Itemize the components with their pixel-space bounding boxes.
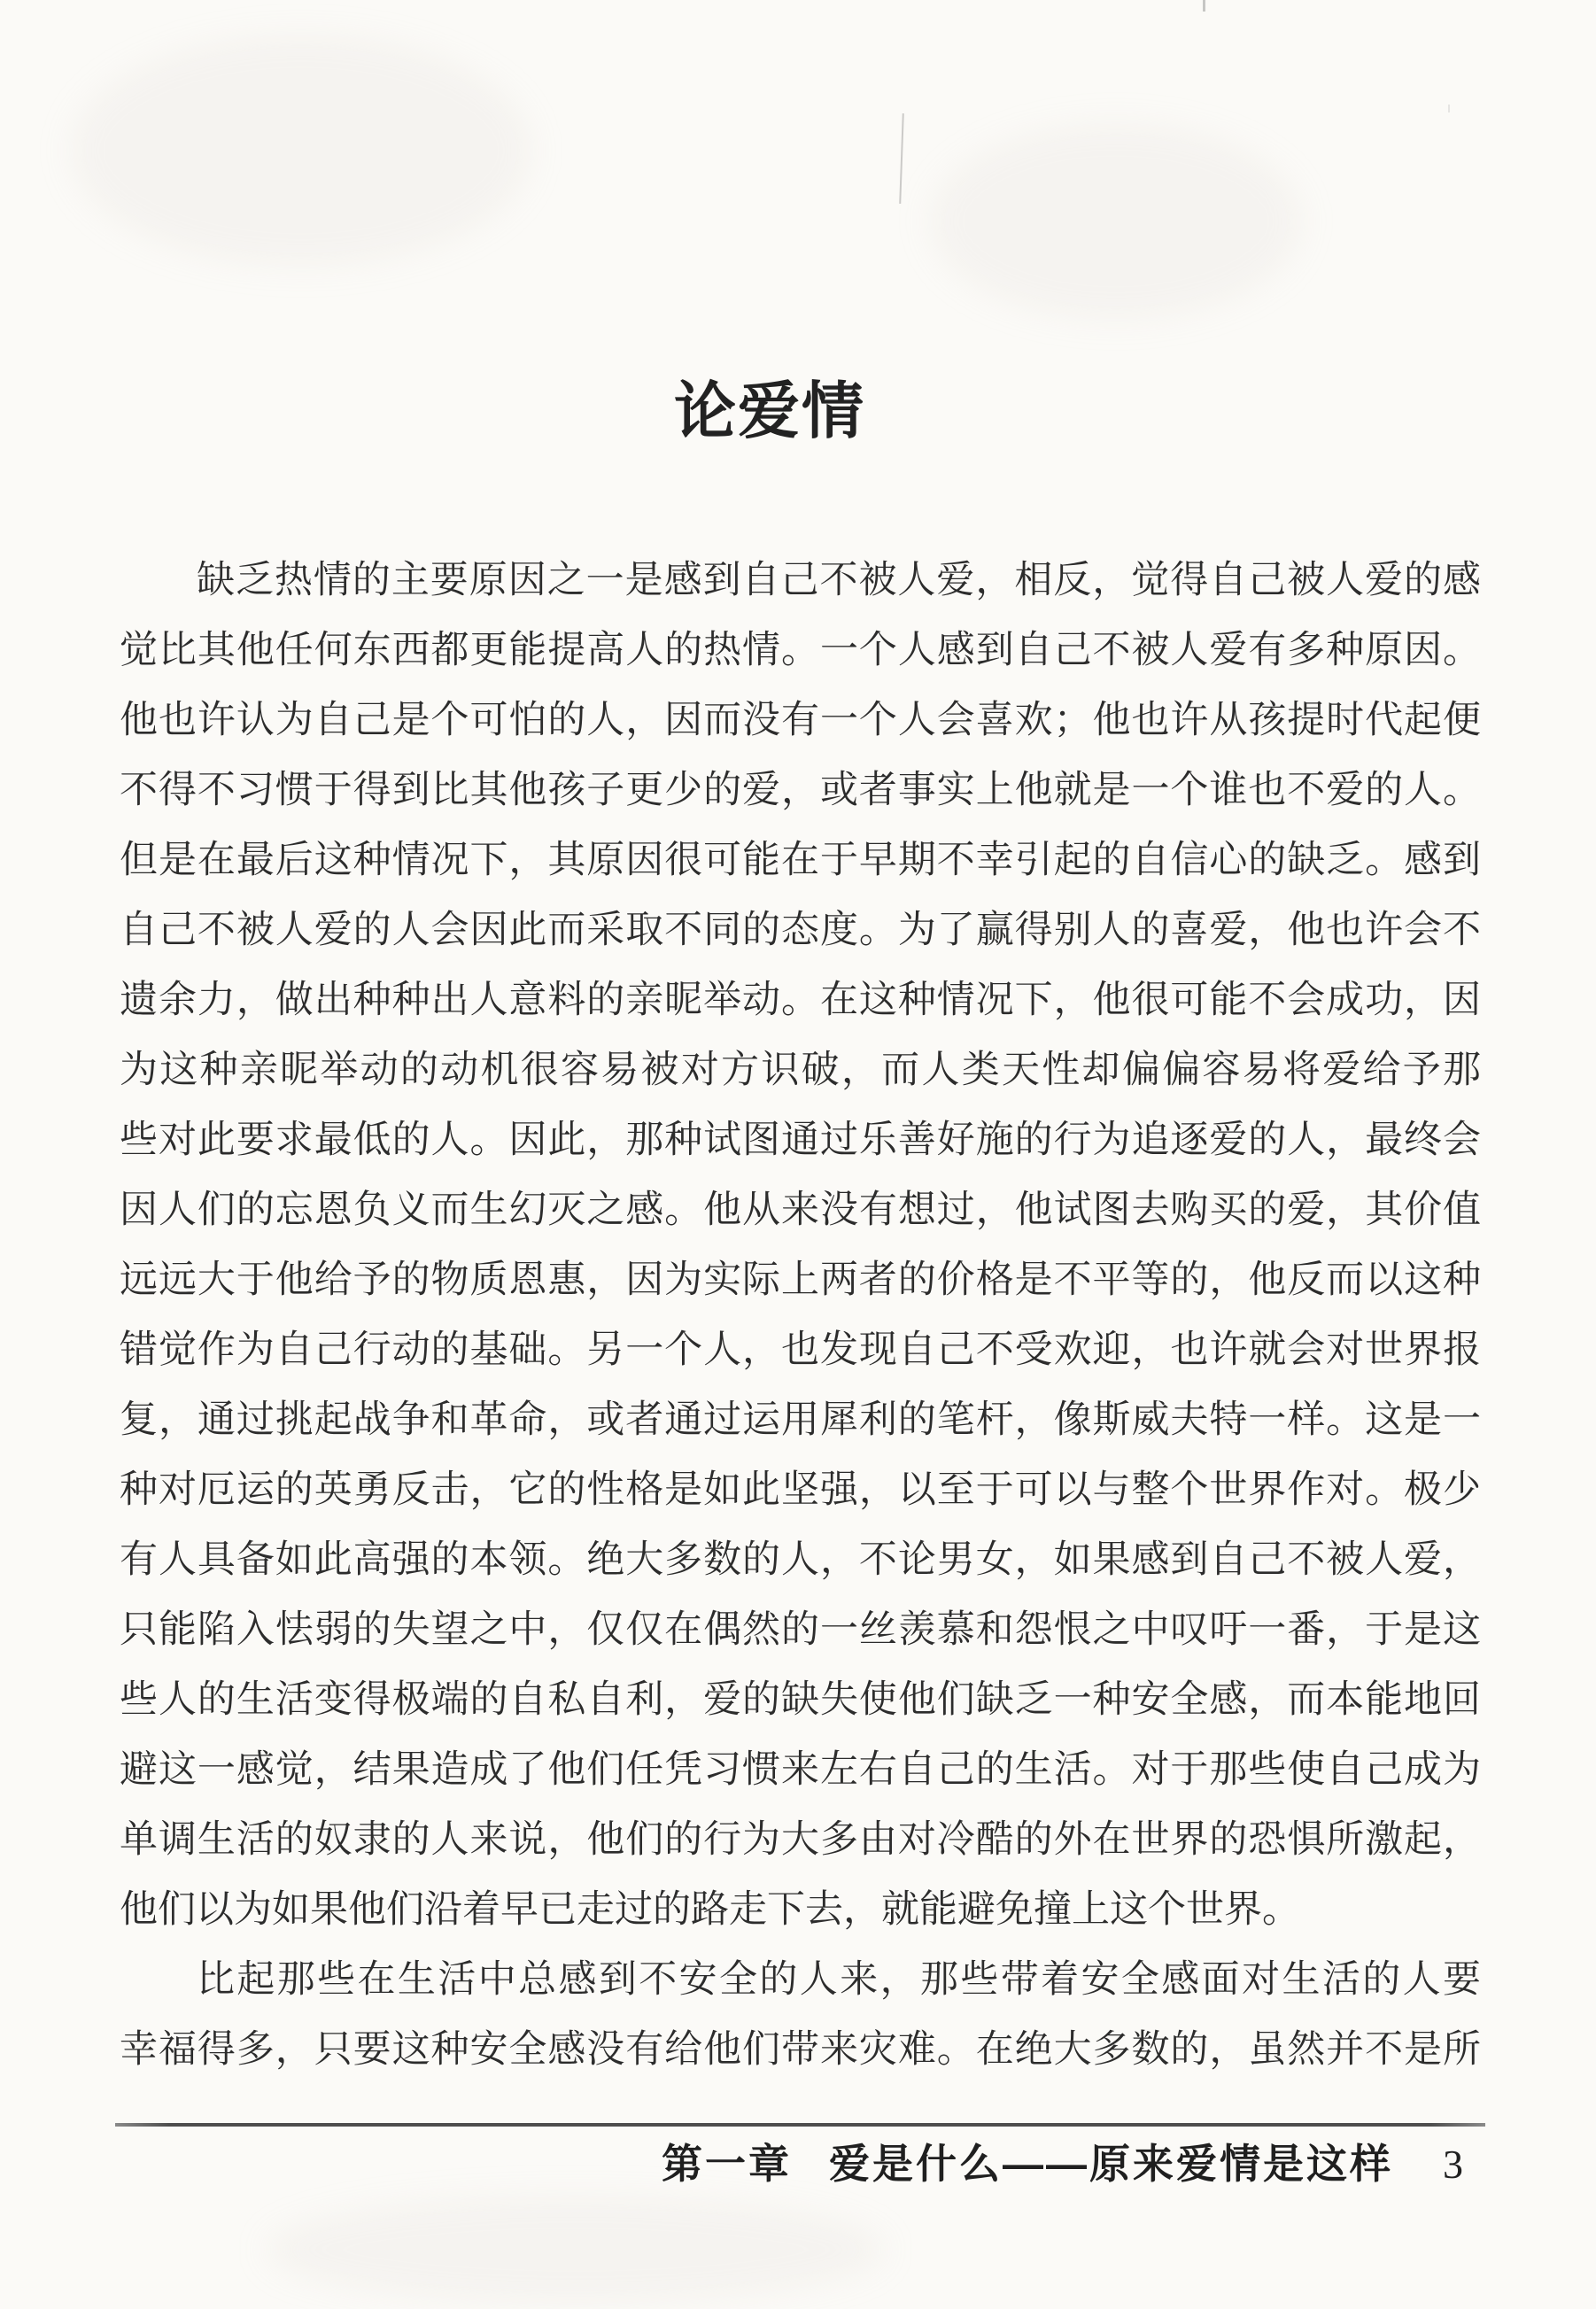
paper-blotch [266,2197,886,2303]
body-line: 些人的生活变得极端的自私自利，爱的缺失使他们缺乏一种安全感，而本能地回 [120,1665,1481,1735]
scan-artifact [1448,105,1450,112]
body-line: 他们以为如果他们沿着早已走过的路走下去，就能避免撞上这个世界。 [120,1875,1481,1945]
footer-chapter-title: 爱是什么——原来爱情是这样 [829,2138,1393,2189]
body-line: 缺乏热情的主要原因之一是感到自己不被人爱，相反，觉得自己被人爱的感 [120,546,1481,616]
body-line: 远远大于他给予的物质恩惠，因为实际上两者的价格是不平等的，他反而以这种 [120,1245,1481,1315]
scan-artifact [1203,0,1205,12]
body-line: 自己不被人爱的人会因此而采取不同的态度。为了赢得别人的喜爱，他也许会不 [120,895,1481,965]
body-line: 有人具备如此高强的本领。绝大多数的人，不论男女，如果感到自己不被人爱， [120,1525,1481,1595]
footer-page-number: 3 [1443,2139,1463,2190]
body-line: 只能陷入怯弱的失望之中，仅仅在偶然的一丝羡慕和怨恨之中叹吁一番，于是这 [120,1595,1481,1665]
body-line: 但是在最后这种情况下，其原因很可能在于早期不幸引起的自信心的缺乏。感到 [120,825,1481,895]
body-text: 缺乏热情的主要原因之一是感到自己不被人爱，相反，觉得自己被人爱的感 觉比其他任何… [120,546,1481,2085]
body-line: 避这一感觉，结果造成了他们任凭习惯来左右自己的生活。对于那些使自己成为 [120,1735,1481,1805]
body-line: 单调生活的奴隶的人来说，他们的行为大多由对冷酷的外在世界的恐惧所激起， [120,1805,1481,1875]
body-line: 些对此要求最低的人。因此，那种试图通过乐善好施的行为追逐爱的人，最终会 [120,1105,1481,1175]
paper-blotch [71,35,531,266]
body-line: 他也许认为自己是个可怕的人，因而没有一个人会喜欢；他也许从孩提时代起便 [120,686,1481,755]
body-line: 种对厄运的英勇反击，它的性格是如此坚强，以至于可以与整个世界作对。极少 [120,1455,1481,1525]
body-line: 错觉作为自己行动的基础。另一个人，也发现自己不受欢迎，也许就会对世界报 [120,1315,1481,1385]
body-line: 因人们的忘恩负义而生幻灭之感。他从来没有想过，他试图去购买的爱，其价值 [120,1175,1481,1245]
footer-divider [115,2123,1485,2127]
book-page: { "document": { "title": "论爱情", "body": … [0,0,1596,2309]
footer-chapter-label: 第一章 [662,2138,792,2189]
scan-artifact [899,113,904,204]
body-line: 为这种亲昵举动的动机很容易被对方识破，而人类天性却偏偏容易将爱给予那 [120,1035,1481,1105]
page-footer: 第一章 爱是什么——原来爱情是这样 3 [115,2138,1463,2190]
body-line: 幸福得多，只要这种安全感没有给他们带来灾难。在绝大多数的，虽然并不是所 [120,2015,1481,2085]
paper-blotch [930,124,1302,319]
body-line: 遗余力，做出种种出人意料的亲昵举动。在这种情况下，他很可能不会成功，因 [120,965,1481,1035]
body-line: 复，通过挑起战争和革命，或者通过运用犀利的笔杆，像斯威夫特一样。这是一 [120,1385,1481,1455]
body-line: 比起那些在生活中总感到不安全的人来，那些带着安全感面对生活的人要 [120,1945,1481,2015]
page-title: 论爱情 [0,375,1568,451]
body-line: 觉比其他任何东西都更能提高人的热情。一个人感到自己不被人爱有多种原因。 [120,616,1481,686]
body-line: 不得不习惯于得到比其他孩子更少的爱，或者事实上他就是一个谁也不爱的人。 [120,755,1481,825]
